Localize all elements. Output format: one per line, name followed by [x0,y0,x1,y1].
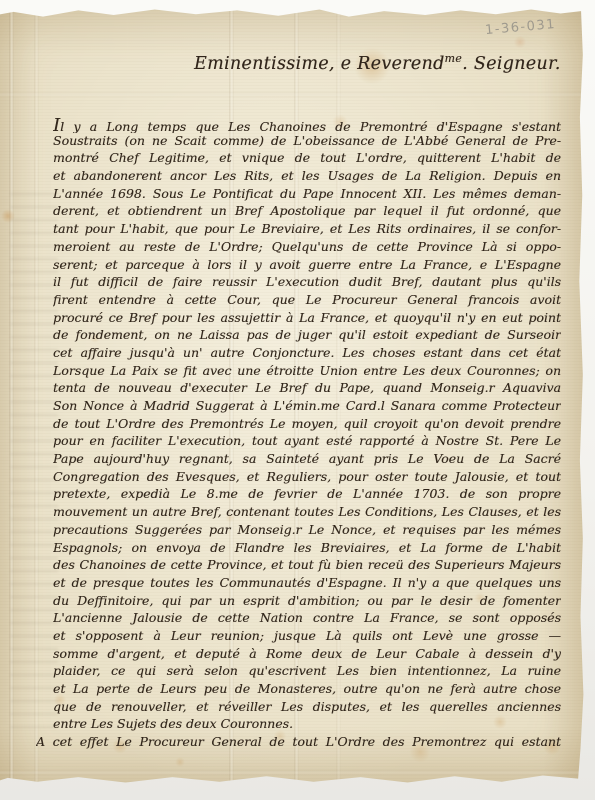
manuscript-line: et abandonerent ancor Les Rits, et les U… [53,168,561,186]
manuscript-line: il fut difficil de faire reussir L'execu… [53,274,561,292]
fold-crease-left2 [34,8,39,788]
manuscript-line: tant pour L'habit, que pour Le Breviaire… [53,221,561,239]
salutation-text: Eminentissime, e Reverend [194,54,445,74]
manuscript-line: montré Chef Legitime, et vnique de tout … [53,150,561,168]
manuscript-line: L'ancienne Jalousie de cette Nation cont… [53,610,561,628]
manuscript-page: 1-36-031 Eminentissime, e Reverendme. Se… [0,8,584,788]
salutation: Eminentissime, e Reverendme. Seigneur. [194,52,561,74]
photo-background: 1-36-031 Eminentissime, e Reverendme. Se… [0,0,595,800]
manuscript-line: plaider, ce qui serà selon qu'escrivent … [53,663,561,681]
manuscript-line: procuré ce Bref pour les assujettir à La… [53,310,561,328]
closing-line: A cet effet Le Procureur General de tout… [36,734,561,753]
manuscript-line: et s'opposent à Leur reunion; jusque Là … [53,628,561,646]
manuscript-line: serent; et parceque à lors il y avoit gu… [53,257,561,275]
manuscript-line: somme d'argent, et deputé à Rome deux de… [53,646,561,664]
manuscript-line: entre Les Sujets des deux Couronnes. [53,716,561,734]
fold-crease-left [9,8,14,788]
archival-number: 1-36-031 [484,17,556,38]
body-text: Il y a Long temps que Les Chanoines de P… [53,115,561,734]
manuscript-line: que de renouveller, et réveiller Les dis… [53,699,561,717]
manuscript-line: Pape aujourd'huy regnant, sa Sainteté ay… [53,451,561,469]
manuscript-line: du Deffinitoire, qui par un esprit d'amb… [53,593,561,611]
bleed-through-text [10,193,58,738]
manuscript-line: pour en faciliter L'execution, tout ayan… [53,433,561,451]
manuscript-line: Espagnols; on envoya de Flandre les Brev… [53,540,561,558]
manuscript-line: des Chanoines de cette Province, et tout… [53,557,561,575]
fold-crease-bottom [0,770,584,775]
manuscript-line: meroient au reste de L'Ordre; Quelqu'uns… [53,239,561,257]
manuscript-line: cet affaire jusqu'à un' autre Conjonctur… [53,345,561,363]
manuscript-line: et de presque toutes les Communautés d'E… [53,575,561,593]
manuscript-line: pretexte, expedià Le 8.me de fevrier de … [53,486,561,504]
manuscript-line: Congregation des Evesques, et Reguliers,… [53,469,561,487]
manuscript-line: Soustraits (on ne Scait comme) de L'obei… [53,133,561,151]
manuscript-line: derent, et obtiendrent un Bref Apostoliq… [53,203,561,221]
manuscript-line: firent entendre à cette Cour, que Le Pro… [53,292,561,310]
manuscript-line: tenta de nouveau d'executer Le Bref du P… [53,380,561,398]
manuscript-line: Son Nonce à Madrid Suggerat à L'émin.me … [53,398,561,416]
salutation-superscript: me [445,52,463,65]
fold-crease-top [0,92,584,97]
manuscript-line: de fondement, on ne Laissa pas de juger … [53,327,561,345]
manuscript-line: L'année 1698. Sous Le Pontificat du Pape… [53,186,561,204]
manuscript-line: mouvement un autre Bref, contenant toute… [53,504,561,522]
manuscript-line: de tout L'Ordre des Premontrés Le moyen,… [53,416,561,434]
salutation-suffix: . Seigneur. [462,54,560,74]
manuscript-line: Lorsque La Paix se fit avec une étroitte… [53,363,561,381]
manuscript-line: Il y a Long temps que Les Chanoines de P… [53,115,561,133]
manuscript-line: precautions Suggerées par Monseig.r Le N… [53,522,561,540]
manuscript-line: et La perte de Leurs peu de Monasteres, … [53,681,561,699]
